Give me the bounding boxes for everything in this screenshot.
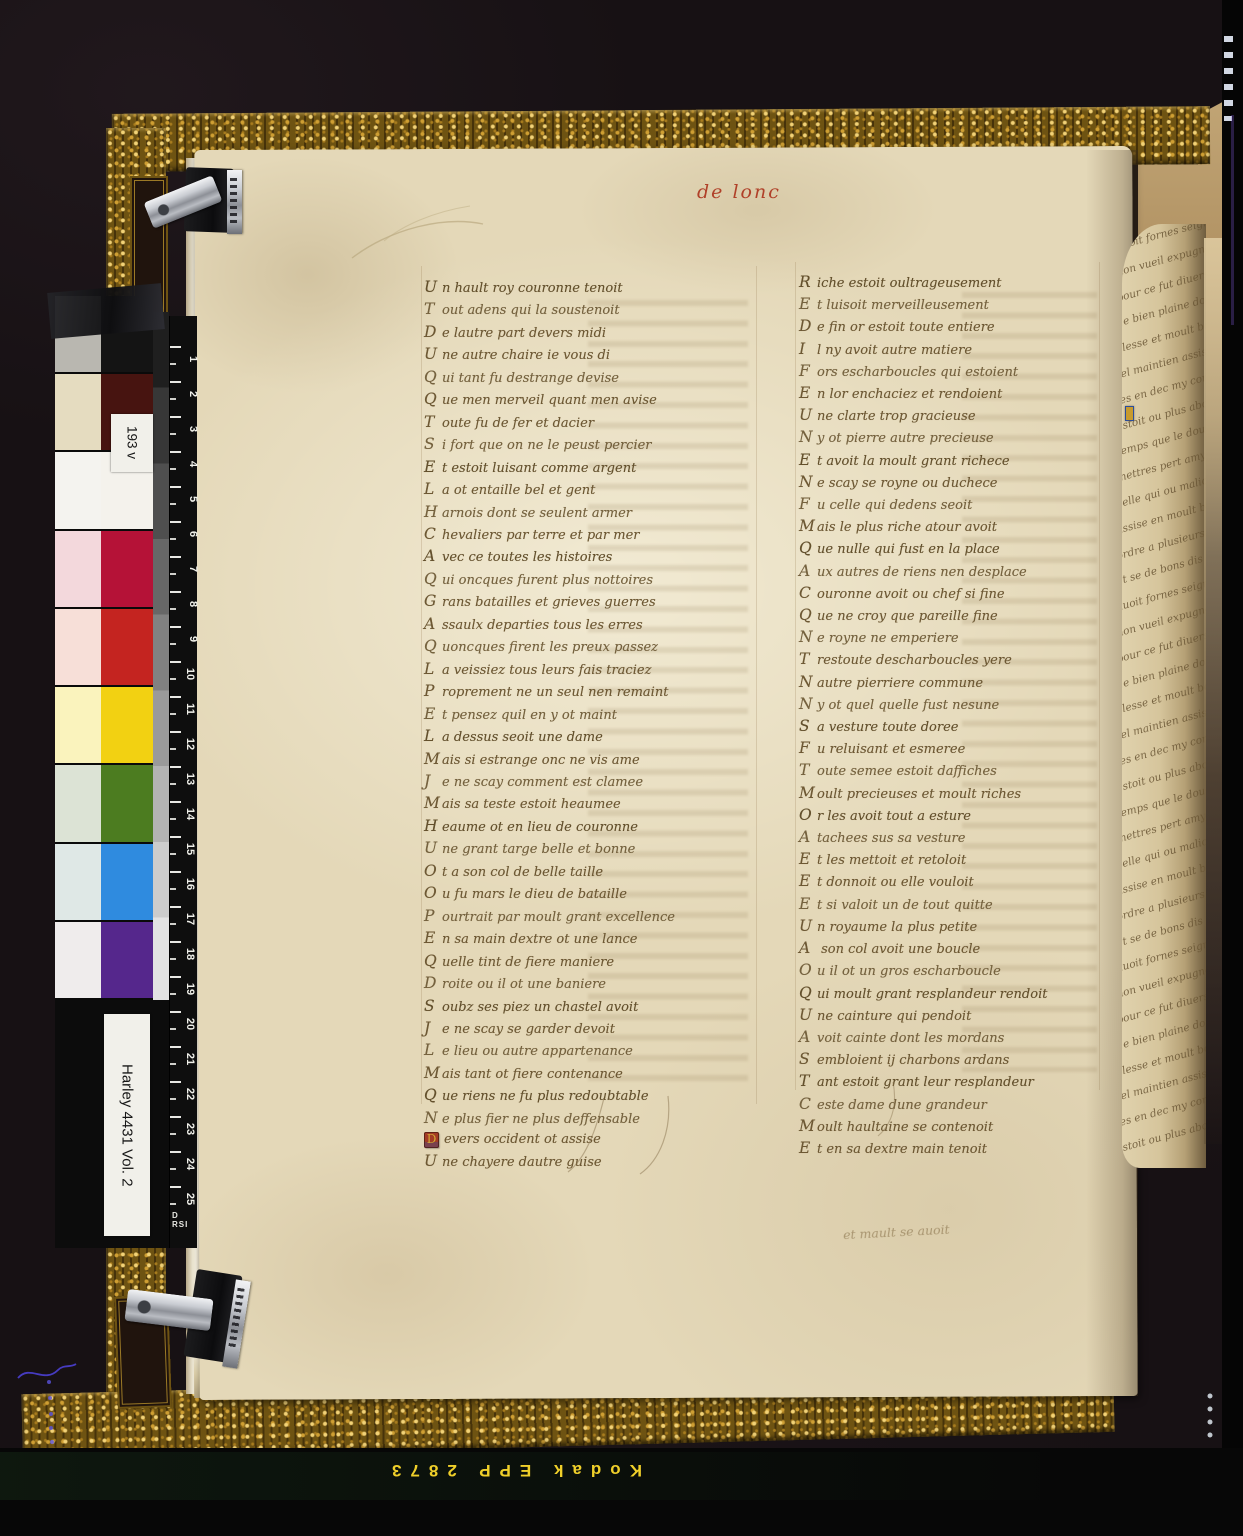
line-text: ue ne croy que pareille fine — [817, 609, 998, 624]
line-text: ais tant ot fiere contenance — [442, 1067, 623, 1082]
line-initial: C — [799, 1094, 817, 1114]
verse-line: Fu celle qui dedens seoit — [799, 494, 1099, 516]
line-initial: T — [799, 649, 817, 669]
verse-line: Toute semee estoit daffiches — [799, 760, 1099, 782]
line-text: t a son col de belle taille — [442, 865, 603, 880]
line-text: u reluisant et esmeree — [817, 742, 965, 757]
line-initial: U — [424, 838, 442, 858]
line-initial: T — [799, 1071, 817, 1091]
verse-line: Une clarte trop gracieuse — [799, 405, 1099, 427]
line-initial: E — [799, 450, 817, 470]
line-text: eaume ot en lieu de couronne — [442, 820, 638, 835]
line-initial: A — [799, 1027, 817, 1047]
line-initial: E — [799, 849, 817, 869]
line-text: oult precieuses et moult riches — [817, 787, 1021, 802]
centimetre-ruler: D RSI 1234567891011121314151617181920212… — [169, 316, 197, 1248]
line-initial: F — [799, 738, 817, 758]
verse-line: Quelle tint de fiere maniere — [424, 951, 756, 973]
line-text: arnois dont se seulent armer — [442, 506, 632, 521]
verse-line: Ne plus fier ne plus deffensable — [424, 1108, 756, 1130]
line-text: ne chayere dautre guise — [442, 1155, 602, 1170]
verse-line: Ot a son col de belle taille — [424, 861, 756, 883]
line-initial: I — [799, 339, 817, 359]
line-initial: Q — [424, 389, 442, 409]
verse-line: Heaume ot en lieu de couronne — [424, 816, 756, 838]
line-initial: T — [424, 299, 442, 319]
line-initial: D — [424, 973, 442, 993]
line-text: u fu mars le dieu de bataille — [442, 887, 627, 902]
verse-line: Sa vesture toute doree — [799, 716, 1099, 738]
line-text: evers occident ot assise — [444, 1132, 601, 1147]
illuminated-initial: D — [424, 1132, 439, 1148]
verse-line: Droite ou il ot une baniere — [424, 973, 756, 995]
line-text: roprement ne un seul nen remaint — [442, 685, 668, 700]
ruling-line — [756, 266, 757, 1104]
line-text: tachees sus sa vesture — [817, 831, 965, 846]
verse-line: Une autre chaire ie vous di — [424, 344, 756, 366]
color-swatch — [55, 452, 101, 530]
ruler-mark: 6 — [170, 521, 197, 556]
verse-line: Sembloient ij charbons ardans — [799, 1049, 1099, 1071]
line-initial: U — [424, 1151, 442, 1171]
verse-line: En lor enchaciez et rendoient — [799, 383, 1099, 405]
fore-edge-highlight — [1204, 238, 1223, 1144]
ruler-mark: 17 — [170, 906, 197, 941]
line-text: i fort que on ne le peust percier — [442, 438, 652, 453]
line-initial: U — [799, 916, 817, 936]
ruling-line — [421, 266, 422, 1104]
line-initial: Q — [424, 636, 442, 656]
color-swatch — [55, 609, 101, 687]
verse-line: Ne scay se royne ou duchece — [799, 472, 1099, 494]
ruler-mark: 5 — [170, 486, 197, 521]
line-text: u il ot un gros escharboucle — [817, 964, 1001, 979]
verse-line: Moult precieuses et moult riches — [799, 783, 1099, 805]
line-text: ais le plus riche atour avoit — [817, 520, 997, 535]
line-initial: H — [424, 816, 442, 836]
verse-line: Et donnoit ou elle vouloit — [799, 871, 1099, 893]
verse-line: Harnois dont se seulent armer — [424, 502, 756, 524]
verse-line: Toute fu de fer et dacier — [424, 412, 756, 434]
line-text: r les avoit tout a esture — [817, 809, 971, 824]
line-text: hevaliers par terre et par mer — [442, 528, 639, 543]
line-initial: M — [799, 1116, 817, 1136]
verse-line: Que men merveil quant men avise — [424, 389, 756, 411]
verse-line: Moult haultaine se contenoit — [799, 1116, 1099, 1138]
line-text: voit cainte dont les mordans — [817, 1031, 1004, 1046]
shelfmark-sticker: Harley 4431 Vol. 2 — [104, 1014, 150, 1236]
line-initial: J — [424, 771, 442, 791]
color-swatch — [101, 765, 153, 843]
verse-line: Soubz ses piez un chastel avoit — [424, 996, 756, 1018]
verse-line: Mais sa teste estoit heaumee — [424, 793, 756, 815]
line-initial: L — [424, 726, 442, 746]
verse-line: Ou il ot un gros escharboucle — [799, 960, 1099, 982]
line-initial: J — [424, 1018, 442, 1038]
line-text: n hault roy couronne tenoit — [442, 281, 623, 296]
color-swatch — [101, 844, 153, 922]
film-registration-marks-bottom — [1208, 1394, 1213, 1438]
line-text: ssaulx departies tous les erres — [442, 618, 643, 633]
line-text: t luisoit merveilleusement — [817, 298, 989, 313]
line-initial: G — [424, 591, 442, 611]
verse-line: Et estoit luisant comme argent — [424, 457, 756, 479]
line-initial: O — [424, 861, 442, 881]
line-initial: O — [424, 883, 442, 903]
line-text: e scay se royne ou duchece — [817, 476, 997, 491]
color-swatch — [55, 531, 101, 609]
line-initial: E — [424, 928, 442, 948]
verse-line: Avoit cainte dont les mordans — [799, 1027, 1099, 1049]
line-text: uoncques firent les preux passez — [442, 640, 658, 655]
verse-line: Trestoute descharboucles yere — [799, 649, 1099, 671]
ruler-mark: 12 — [170, 731, 197, 766]
line-text: embloient ij charbons ardans — [817, 1053, 1009, 1068]
line-text: ue riens ne fu plus redoubtable — [442, 1089, 649, 1104]
verse-line: Fu reluisant et esmeree — [799, 738, 1099, 760]
line-text: n lor enchaciez et rendoient — [817, 387, 1002, 402]
line-text: e plus fier ne plus deffensable — [442, 1112, 640, 1127]
line-text: ui tant fu destrange devise — [442, 371, 619, 386]
color-calibration-bar: D RSI 1234567891011121314151617181920212… — [55, 296, 197, 1248]
line-text: e lautre part devers midi — [442, 326, 606, 341]
line-text: ux autres de riens nen desplace — [817, 565, 1027, 580]
line-text: n sa main dextre ot une lance — [442, 932, 637, 947]
line-initial: S — [799, 716, 817, 736]
line-initial: N — [799, 627, 817, 647]
line-initial: U — [799, 405, 817, 425]
verse-line: Qui moult grant resplandeur rendoit — [799, 983, 1099, 1005]
verse-line: Tout adens qui la soustenoit — [424, 299, 756, 321]
line-initial: Q — [799, 605, 817, 625]
line-initial: A — [424, 614, 442, 634]
line-initial: D — [424, 322, 442, 342]
verse-line: Ny ot pierre autre precieuse — [799, 427, 1099, 449]
line-text: ui moult grant resplandeur rendoit — [817, 987, 1047, 1002]
line-initial: P — [424, 681, 442, 701]
verse-line: Et luisoit merveilleusement — [799, 294, 1099, 316]
line-initial: C — [799, 583, 817, 603]
line-initial: N — [799, 472, 817, 492]
ruler-mark: 9 — [170, 626, 197, 661]
ruler-mark: 14 — [170, 801, 197, 836]
line-initial: O — [799, 960, 817, 980]
line-text: t donnoit ou elle vouloit — [817, 875, 974, 890]
line-initial: E — [799, 1138, 817, 1158]
line-text: ne grant targe belle et bonne — [442, 842, 635, 857]
verse-line: Si fort que on ne le peust percier — [424, 434, 756, 456]
verse-line: Ceste dame dune grandeur — [799, 1094, 1099, 1116]
line-initial: Q — [799, 983, 817, 1003]
line-text: y ot quel quelle fust nesune — [817, 698, 999, 713]
line-initial: A — [424, 546, 442, 566]
verse-line: Ny ot quel quelle fust nesune — [799, 694, 1099, 716]
line-initial: Q — [424, 951, 442, 971]
verse-line: Qui tant fu destrange devise — [424, 367, 756, 389]
line-initial: P — [424, 906, 442, 926]
line-text: t si valoit un de tout quitte — [817, 898, 993, 913]
verse-line: Atachees sus sa vesture — [799, 827, 1099, 849]
line-initial: Q — [799, 538, 817, 558]
film-edge-strip-right — [1222, 0, 1243, 1536]
verse-line: De lautre part devers midi — [424, 322, 756, 344]
line-text: l ny avoit autre matiere — [817, 343, 972, 358]
line-initial: L — [424, 479, 442, 499]
line-initial: E — [424, 704, 442, 724]
line-text: rans batailles et grieves guerres — [442, 595, 656, 610]
line-text: ne autre chaire ie vous di — [442, 348, 610, 363]
line-text: a veissiez tous leurs fais traciez — [442, 663, 651, 678]
ruler-mark: 3 — [170, 416, 197, 451]
line-initial: N — [799, 694, 817, 714]
line-text: out adens qui la soustenoit — [442, 303, 620, 318]
verse-line: A son col avoit une boucle — [799, 938, 1099, 960]
verse-line: Une chayere dautre guise — [424, 1151, 756, 1173]
manuscript-photograph: de lonc Un hault roy couronne tenoitTout… — [0, 0, 1243, 1536]
line-text: t les mettoit et retoloit — [817, 853, 966, 868]
line-initial: N — [799, 427, 817, 447]
line-text: a dessus seoit une dame — [442, 730, 603, 745]
line-initial: E — [799, 383, 817, 403]
line-initial: M — [799, 783, 817, 803]
verse-line: La veissiez tous leurs fais traciez — [424, 659, 756, 681]
verse-line: Et en sa dextre main tenoit — [799, 1138, 1099, 1160]
line-initial: Q — [424, 1085, 442, 1105]
ruler-mark: 2 — [170, 381, 197, 416]
verse-line: Je ne scay comment est clamee — [424, 771, 756, 793]
ruler-mark: 16 — [170, 871, 197, 906]
line-text: ue nulle qui fust en la place — [817, 542, 1000, 557]
line-initial: A — [799, 938, 817, 958]
line-text: e lieu ou autre appartenance — [442, 1044, 633, 1059]
line-text: t avoit la moult grant richece — [817, 454, 1010, 469]
line-text: ais si estrange onc ne vis ame — [442, 753, 640, 768]
line-text: t pensez quil en y ot maint — [442, 708, 617, 723]
line-text: ant estoit grant leur resplandeur — [817, 1075, 1034, 1090]
line-text: t estoit luisant comme argent — [442, 461, 636, 476]
line-text: ourtrait par moult grant excellence — [442, 910, 675, 925]
line-initial: L — [424, 1040, 442, 1060]
line-initial: M — [799, 516, 817, 536]
color-swatch — [101, 687, 153, 765]
line-initial: U — [799, 1005, 817, 1025]
verse-line: Et si valoit un de tout quitte — [799, 894, 1099, 916]
line-initial: E — [799, 294, 817, 314]
line-text: t en sa dextre main tenoit — [817, 1142, 987, 1157]
line-initial: C — [424, 524, 442, 544]
line-text: e fin or estoit toute entiere — [817, 320, 995, 335]
ruler-mark: 13 — [170, 766, 197, 801]
text-column-right: Riche estoit oultrageusementEt luisoit m… — [799, 272, 1099, 1160]
ruler-mark: 25 — [170, 1186, 197, 1221]
line-initial: H — [424, 502, 442, 522]
color-swatch — [55, 844, 101, 922]
line-text: n royaume la plus petite — [817, 920, 977, 935]
ruler-mark: 4 — [170, 451, 197, 486]
color-swatch — [101, 609, 153, 687]
verse-line: Et avoit la moult grant richece — [799, 450, 1099, 472]
ruler-mark: 22 — [170, 1081, 197, 1116]
ruler-mark: 20 — [170, 1011, 197, 1046]
verse-line: Avec ce toutes les histoires — [424, 546, 756, 568]
verse-line: Devers occident ot assise — [424, 1130, 756, 1150]
line-text: e ne scay se garder devoit — [442, 1022, 615, 1037]
line-initial: R — [799, 272, 817, 292]
color-swatch — [55, 687, 101, 765]
color-swatch — [55, 765, 101, 843]
blue-pen-mark — [18, 1364, 76, 1378]
line-initial: N — [424, 1108, 442, 1128]
text-column-left: Un hault roy couronne tenoitTout adens q… — [424, 277, 756, 1173]
line-text: son col avoit une boucle — [817, 942, 980, 957]
line-text: ouronne avoit ou chef si fine — [817, 587, 1005, 602]
line-initial: N — [799, 672, 817, 692]
line-text: ui oncques furent plus nottoires — [442, 573, 653, 588]
verse-line: Et pensez quil en y ot maint — [424, 704, 756, 726]
color-swatch — [55, 922, 101, 1000]
line-initial: E — [424, 457, 442, 477]
color-swatch — [101, 531, 153, 609]
line-text: restoute descharboucles yere — [817, 653, 1012, 668]
verse-line: Mais tant ot fiere contenance — [424, 1063, 756, 1085]
line-initial: T — [799, 760, 817, 780]
verse-line: En sa main dextre ot une lance — [424, 928, 756, 950]
verse-line: Que nulle qui fust en la place — [799, 538, 1099, 560]
line-text: uelle tint de fiere maniere — [442, 955, 614, 970]
verse-line: Je ne scay se garder devoit — [424, 1018, 756, 1040]
verse-line: Couronne avoit ou chef si fine — [799, 583, 1099, 605]
line-text: y ot pierre autre precieuse — [817, 431, 994, 446]
ruler-mark: 10 — [170, 661, 197, 696]
facing-leaf-fore-edge: auoit fornes seignesnon vueil expugnepou… — [1122, 224, 1206, 1168]
line-text: autre pierriere commune — [817, 676, 983, 691]
verse-line: Et les mettoit et retoloit — [799, 849, 1099, 871]
verse-line: Il ny avoit autre matiere — [799, 339, 1099, 361]
verse-line: Ne royne ne emperiere — [799, 627, 1099, 649]
ruler-mark: 18 — [170, 941, 197, 976]
line-text: u celle qui dedens seoit — [817, 498, 972, 513]
verse-line: La dessus seoit une dame — [424, 726, 756, 748]
verse-line: Fors escharboucles qui estoient — [799, 361, 1099, 383]
verse-line: Le lieu ou autre appartenance — [424, 1040, 756, 1062]
ruler-mark: 11 — [170, 696, 197, 731]
line-text: roite ou il ot une baniere — [442, 977, 606, 992]
ruler-mark: 7 — [170, 556, 197, 591]
grayscale-step-wedge — [153, 312, 169, 1000]
line-text: e royne ne emperiere — [817, 631, 959, 646]
line-text: ors escharboucles qui estoient — [817, 365, 1018, 380]
verse-line: Chevaliers par terre et par mer — [424, 524, 756, 546]
verse-line: Que ne croy que pareille fine — [799, 605, 1099, 627]
ruler-mark: 15 — [170, 836, 197, 871]
line-text: ue men merveil quant men avise — [442, 393, 657, 408]
verse-line: Tant estoit grant leur resplandeur — [799, 1071, 1099, 1093]
line-text: a vesture toute doree — [817, 720, 958, 735]
verse-line: Mais le plus riche atour avoit — [799, 516, 1099, 538]
folio-number-sticker: 193 v — [111, 414, 153, 472]
shelfmark-text: Harley 4431 Vol. 2 — [119, 1064, 136, 1187]
line-text: ais sa teste estoit heaumee — [442, 797, 621, 812]
ruler-mark: 24 — [170, 1151, 197, 1186]
verse-line: Un hault roy couronne tenoit — [424, 277, 756, 299]
line-initial: A — [799, 561, 817, 581]
verse-line: Qui oncques furent plus nottoires — [424, 569, 756, 591]
verse-line: Une grant targe belle et bonne — [424, 838, 756, 860]
line-initial: M — [424, 793, 442, 813]
color-bar-pale-column — [55, 296, 101, 1000]
ruler-mark: 23 — [170, 1116, 197, 1151]
line-text: vec ce toutes les histoires — [442, 550, 612, 565]
line-initial: T — [424, 412, 442, 432]
folio-number-text: 193 v — [125, 426, 140, 459]
color-swatch — [101, 922, 153, 1000]
line-initial: O — [799, 805, 817, 825]
verse-line: Proprement ne un seul nen remaint — [424, 681, 756, 703]
verse-line: Un royaume la plus petite — [799, 916, 1099, 938]
ruler-mark: 21 — [170, 1046, 197, 1081]
film-edge-print: Kodak EPP 2873 — [383, 1460, 642, 1480]
line-initial: D — [799, 316, 817, 336]
verse-line: De fin or estoit toute entiere — [799, 316, 1099, 338]
verse-line: Nautre pierriere commune — [799, 672, 1099, 694]
verse-line: Grans batailles et grieves guerres — [424, 591, 756, 613]
verse-line: Mais si estrange onc ne vis ame — [424, 749, 756, 771]
verse-line: Riche estoit oultrageusement — [799, 272, 1099, 294]
line-initial: M — [424, 749, 442, 769]
verse-line: Or les avoit tout a esture — [799, 805, 1099, 827]
running-title: de lonc — [697, 181, 781, 203]
line-initial: U — [424, 277, 442, 297]
ruler-mark: 1 — [170, 346, 197, 381]
line-text: ne cainture qui pendoit — [817, 1009, 971, 1024]
ruler-mark: 8 — [170, 591, 197, 626]
line-text: a ot entaille bel et gent — [442, 483, 595, 498]
line-initial: Q — [424, 569, 442, 589]
line-initial: M — [424, 1063, 442, 1083]
line-initial: A — [799, 827, 817, 847]
verse-line: La ot entaille bel et gent — [424, 479, 756, 501]
verse-line: Que riens ne fu plus redoubtable — [424, 1085, 756, 1107]
line-text: ne clarte trop gracieuse — [817, 409, 976, 424]
verse-line: Pourtrait par moult grant excellence — [424, 906, 756, 928]
verse-line: Assaulx departies tous les erres — [424, 614, 756, 636]
line-text: oute fu de fer et dacier — [442, 416, 594, 431]
line-initial: Q — [424, 367, 442, 387]
line-initial: F — [799, 494, 817, 514]
line-initial: U — [424, 344, 442, 364]
line-text: oult haultaine se contenoit — [817, 1120, 993, 1135]
color-swatch — [55, 374, 101, 452]
line-initial: S — [424, 434, 442, 454]
verse-line: Une cainture qui pendoit — [799, 1005, 1099, 1027]
clip-bar-top — [227, 170, 242, 234]
ruler-mark: 19 — [170, 976, 197, 1011]
line-initial: S — [799, 1049, 817, 1069]
verse-line: Aux autres de riens nen desplace — [799, 561, 1099, 583]
ruling-line — [795, 262, 796, 1090]
line-initial: F — [799, 361, 817, 381]
line-initial: S — [424, 996, 442, 1016]
color-bar-saturated-column — [101, 296, 153, 1000]
line-text: e ne scay comment est clamee — [442, 775, 643, 790]
line-initial: E — [799, 871, 817, 891]
line-text: oubz ses piez un chastel avoit — [442, 1000, 638, 1015]
line-text: iche estoit oultrageusement — [817, 276, 1001, 291]
verse-line: Ou fu mars le dieu de bataille — [424, 883, 756, 905]
line-text: oute semee estoit daffiches — [817, 764, 997, 779]
verse-line: Quoncques firent les preux passez — [424, 636, 756, 658]
line-initial: L — [424, 659, 442, 679]
